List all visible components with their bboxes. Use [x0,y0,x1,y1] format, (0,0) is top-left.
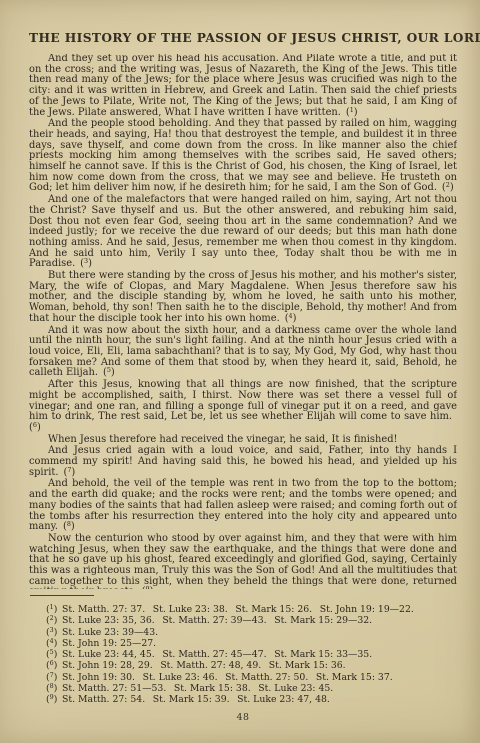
footnote-marker: 9 [146,585,150,589]
footnote: (9) St. Matth. 27: 54. St. Mark 15: 39. … [29,694,457,705]
footnote-section: (1) St. Matth. 27: 37. St. Luke 23: 38. … [29,595,457,723]
footnote-marker: 5 [50,648,54,656]
page-title: THE HISTORY OF THE PASSION OF JESUS CHRI… [29,31,457,45]
footnote: (2) St. Luke 23: 35, 36. St. Matth. 27: … [29,615,457,626]
footnote-marker: 1 [350,105,354,113]
paragraph: When Jesus therefore had received the vi… [29,435,457,446]
footnote-marker: 6 [50,659,54,667]
paragraph: But there were standing by the cross of … [29,271,457,325]
footnote-marker: 1 [50,603,54,611]
footnote-marker: 2 [446,181,450,189]
footnote-marker: 7 [67,466,71,474]
paragraph: After this Jesus, knowing that all thing… [29,380,457,434]
footnote-marker: 6 [33,421,37,429]
paragraph: And one of the malefactors that were han… [29,195,457,270]
footnote-marker: 3 [50,625,54,633]
footnote: (8) St. Matth. 27: 51—53. St. Mark 15: 3… [29,683,457,694]
book-page: THE HISTORY OF THE PASSION OF JESUS CHRI… [0,0,480,743]
footnote-marker: 4 [50,637,54,645]
footnote: (5) St. Luke 23: 44, 45. St. Matth. 27: … [29,649,457,660]
footnote-separator [30,595,94,596]
footnote-marker: 5 [107,366,111,374]
paragraph: And it was now about the sixth hour, and… [29,326,457,380]
footnote: (4) St. John 19: 25—27. [29,638,457,649]
footnote: (6) St. John 19: 28, 29. St. Matth. 27: … [29,660,457,671]
page-number: 48 [29,712,457,723]
paragraph: And Jesus cried again with a loud voice,… [29,446,457,478]
footnote-marker: 4 [289,312,293,320]
footnote-marker: 7 [50,671,54,679]
footnote-marker: 8 [50,682,54,690]
footnote-marker: 8 [67,520,71,528]
footnote-marker: 3 [84,257,88,265]
paragraph: And behold, the veil of the temple was r… [29,479,457,533]
paragraph: And they set up over his head his accusa… [29,54,457,118]
footnote: (7) St. John 19: 30. St. Luke 23: 46. St… [29,672,457,683]
footnote-marker: 9 [50,693,54,701]
footnote: (3) St. Luke 23: 39—43. [29,627,457,638]
footnote-list: (1) St. Matth. 27: 37. St. Luke 23: 38. … [29,604,457,706]
footnote-marker: 2 [50,614,54,622]
paragraph: And the people stood beholding. And they… [29,119,457,194]
paragraph: Now the centurion who stood by over agai… [29,534,457,589]
body-text: And they set up over his head his accusa… [29,54,457,589]
footnote: (1) St. Matth. 27: 37. St. Luke 23: 38. … [29,604,457,615]
